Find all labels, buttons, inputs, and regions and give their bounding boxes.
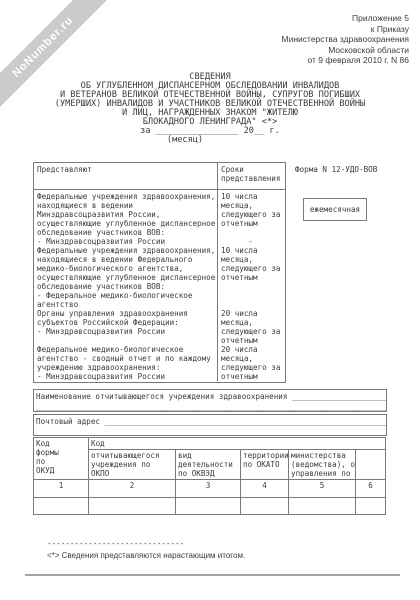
codes-table: Код формы по ОКУД Код отчитывающегося уч…: [33, 437, 386, 515]
okogu-header-cell: министерства (ведомства), органа управле…: [289, 450, 356, 480]
codes-value-row: [34, 498, 386, 515]
submission-table-header: Представляют Сроки представления: [34, 163, 285, 190]
submitters-header: Представляют: [34, 163, 218, 189]
okpo-header-text: отчитывающегося учреждения по ОКПО: [91, 451, 173, 478]
okato-header-cell: территории по ОКАТО: [241, 450, 289, 480]
postal-address-field: Почтовый адрес _________________________…: [33, 414, 387, 436]
col-number: 1: [34, 480, 89, 498]
col-number: 6: [356, 480, 386, 498]
col-number: 5: [289, 480, 356, 498]
extra-header-cell: [356, 450, 386, 480]
footnote-text: <*> Сведения представляются нарастающим …: [47, 551, 245, 560]
postal-address-text: Почтовый адрес _________________________…: [36, 417, 386, 427]
okved-header-cell: вид деятельности по ОКВЭД: [176, 450, 241, 480]
submission-table: Представляют Сроки представления Федерал…: [33, 162, 286, 383]
okpo-header-cell: отчитывающегося учреждения по ОКПО: [89, 450, 176, 480]
code-value-cell: [289, 498, 356, 515]
period-caption: (месяц): [0, 136, 395, 145]
code-value-cell: [241, 498, 289, 515]
deadlines-text: 10 числа месяца, следующего за отчетным …: [221, 192, 285, 381]
report-period-line: за ________________ 20__ г.: [0, 127, 420, 136]
code-span-cell: Код: [89, 438, 386, 450]
deadlines-header: Сроки представления: [218, 163, 285, 189]
periodicity-box: ежемесячная: [303, 198, 367, 221]
approval-line: Министерства здравоохранения: [282, 34, 410, 45]
approval-line: от 9 февраля 2010 г. N 86: [282, 55, 410, 66]
org-name-text: Наименование отчитывающегося учреждения …: [36, 392, 386, 411]
approval-block: Приложение 5 к Приказу Министерства здра…: [282, 13, 410, 66]
col-number: 3: [176, 480, 241, 498]
code-value-cell: [176, 498, 241, 515]
okogu-header-text: министерства (ведомства), органа управле…: [291, 451, 353, 478]
approval-line: Московской области: [282, 45, 410, 56]
footnote-block: ------------------------------ <*> Сведе…: [47, 540, 245, 560]
deadlines-cell: 10 числа месяца, следующего за отчетным …: [218, 190, 285, 381]
footnote-separator: ------------------------------: [47, 540, 245, 548]
periodicity-label: ежемесячная: [310, 205, 360, 214]
submission-table-body: Федеральные учреждения здравоохранения, …: [34, 190, 285, 381]
code-value-cell: [34, 498, 89, 515]
col-number: 2: [89, 480, 176, 498]
form-number-label: Форма N 12-УДО-ВОВ: [295, 165, 377, 174]
watermark-text: NoNumber.ru: [10, 14, 76, 80]
code-value-cell: [356, 498, 386, 515]
okud-header-text: Код формы по ОКУД: [36, 439, 86, 475]
submitters-text: Федеральные учреждения здравоохранения, …: [37, 192, 217, 381]
approval-line: Приложение 5: [282, 13, 410, 24]
okved-header-text: вид деятельности по ОКВЭД: [178, 451, 238, 478]
submitters-cell: Федеральные учреждения здравоохранения, …: [34, 190, 218, 381]
codes-header-row-1: Код формы по ОКУД Код: [34, 438, 386, 450]
code-value-cell: [89, 498, 176, 515]
document-page: NoNumber.ru Приложение 5 к Приказу Минис…: [0, 0, 420, 600]
okud-header-cell: Код формы по ОКУД: [34, 438, 89, 480]
col-number: 4: [241, 480, 289, 498]
page-bottom-rule: [25, 574, 400, 576]
document-title: СВЕДЕНИЯ ОБ УГЛУБЛЕННОМ ДИСПАНСЕРНОМ ОБС…: [0, 73, 420, 145]
org-name-field: Наименование отчитывающегося учреждения …: [33, 389, 387, 412]
okato-header-text: территории по ОКАТО: [243, 451, 286, 469]
codes-number-row: 1 2 3 4 5 6: [34, 480, 386, 498]
approval-line: к Приказу: [282, 24, 410, 35]
